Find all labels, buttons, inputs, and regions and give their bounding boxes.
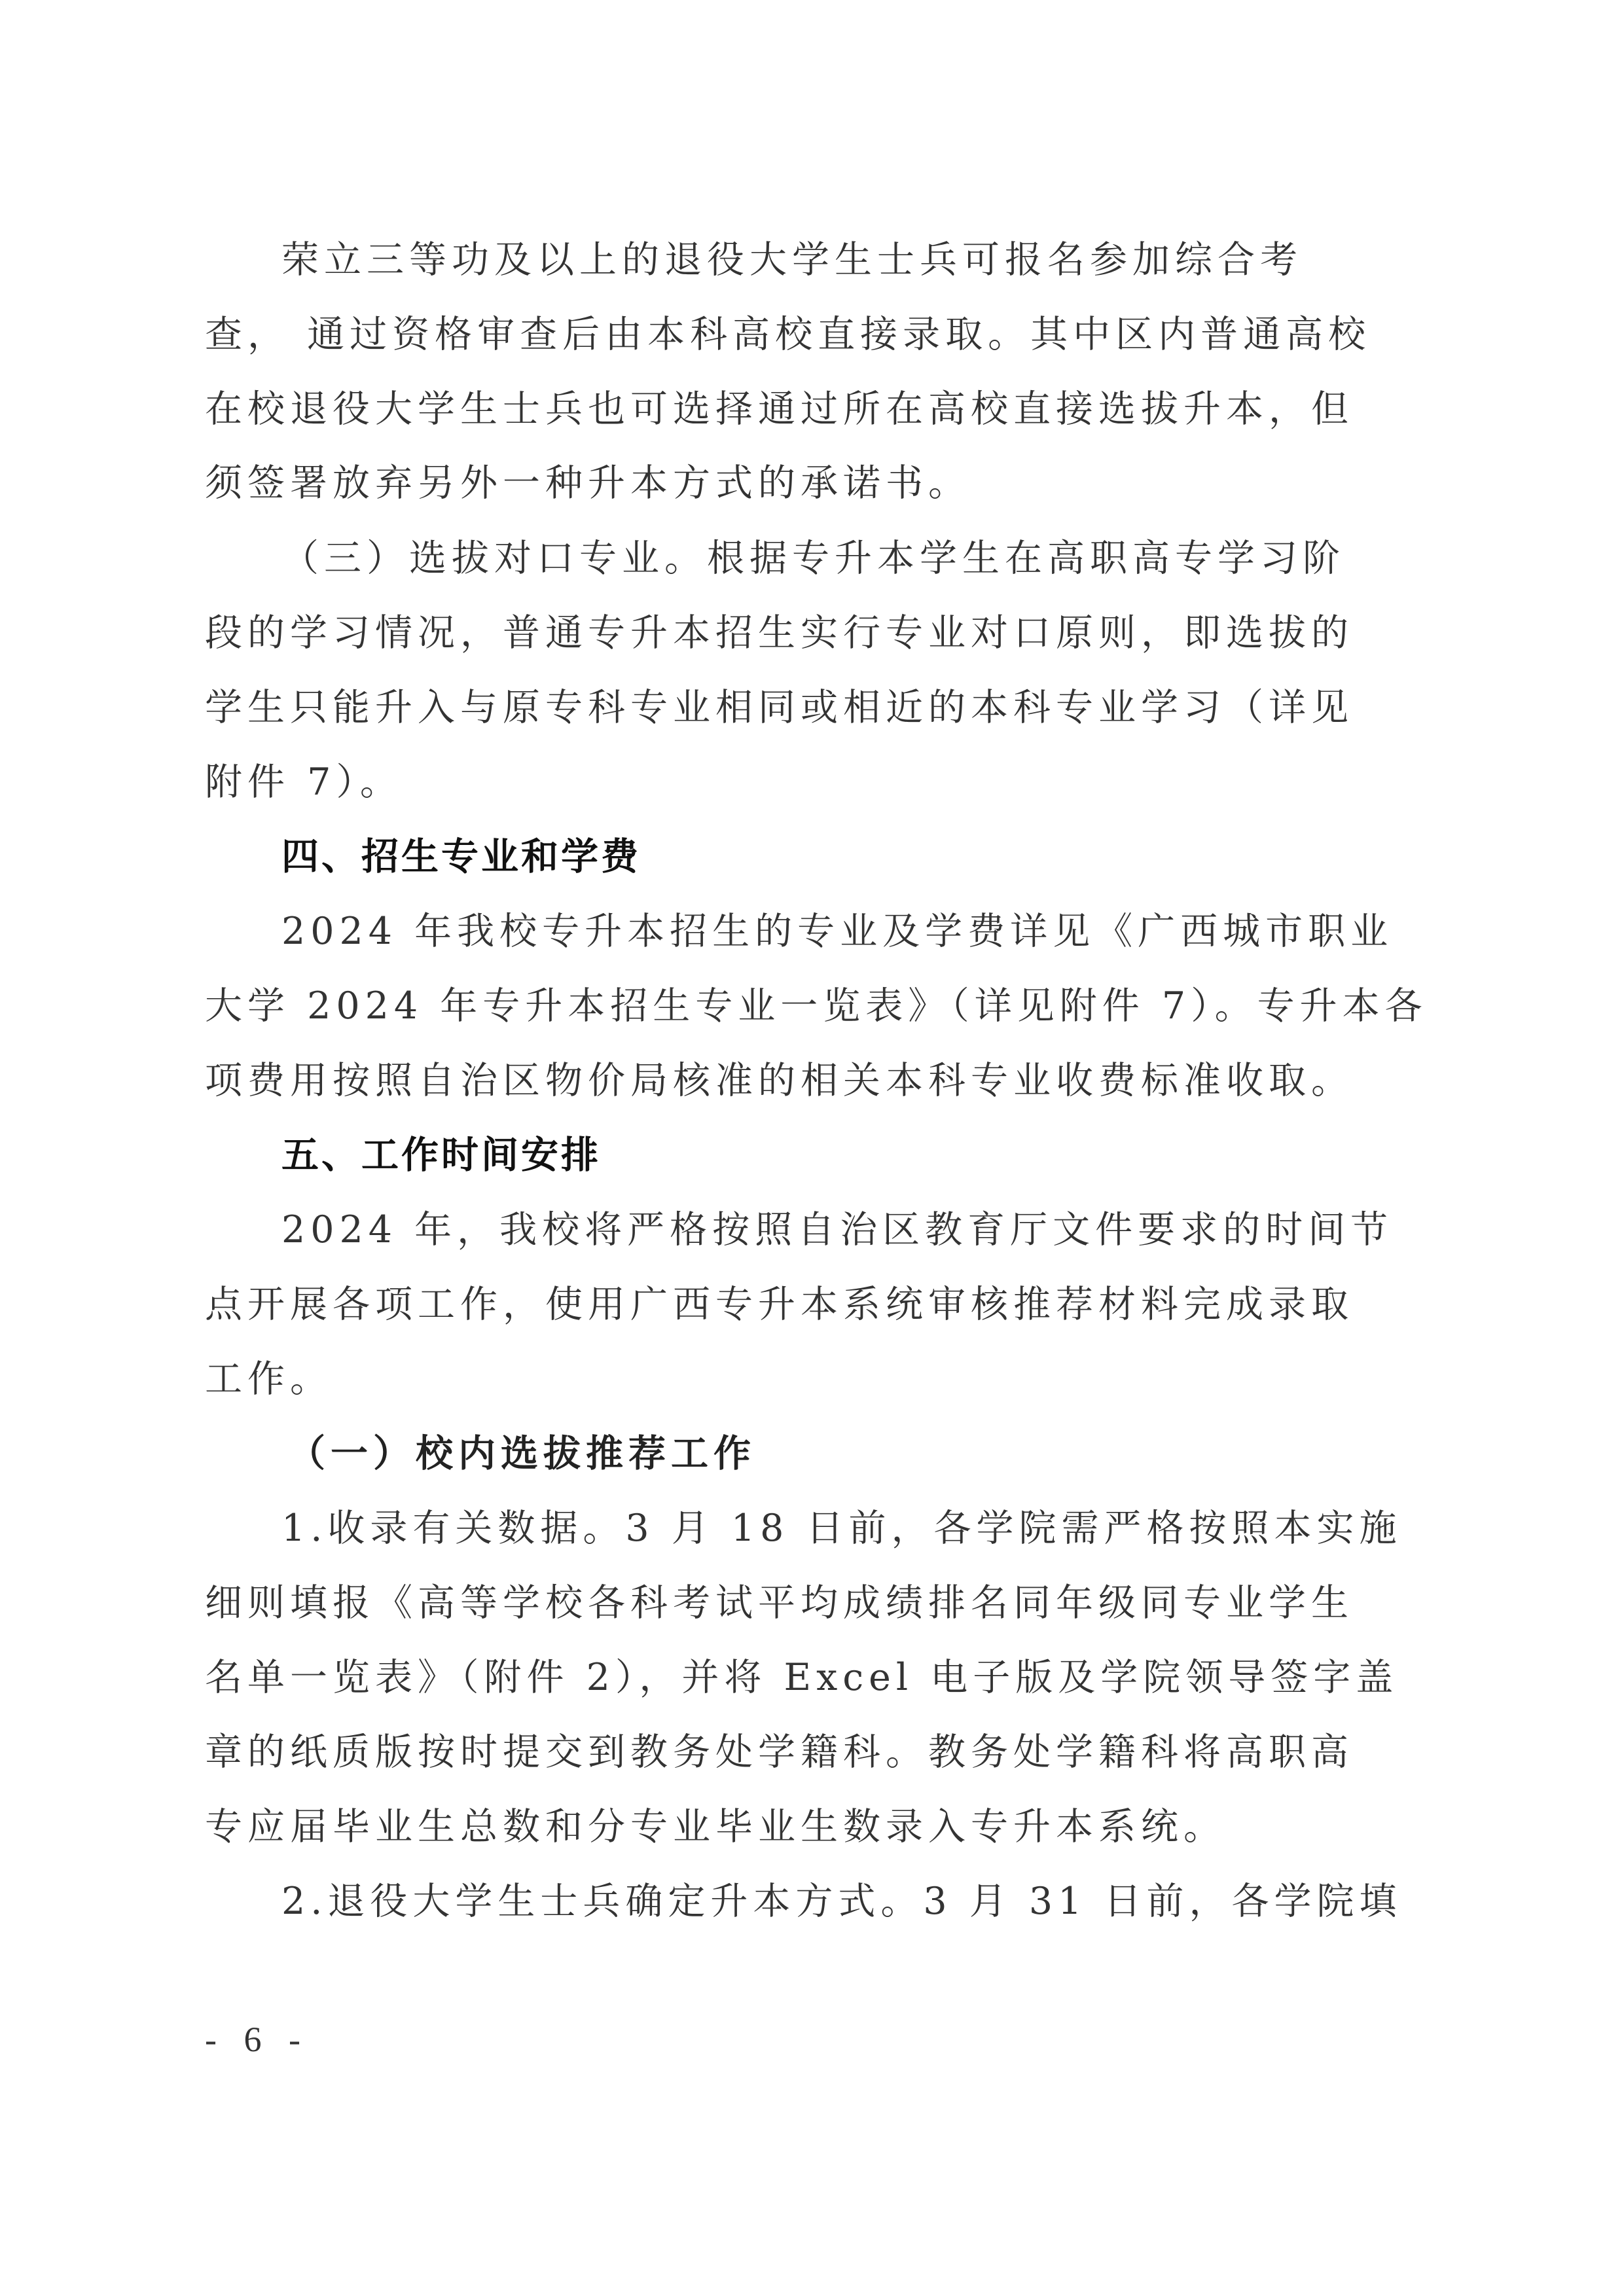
paragraph-line: 工作。 <box>205 1356 1396 1402</box>
section-heading-4: 四、招生专业和学费 <box>281 834 1396 880</box>
paragraph-line: 专应届毕业生总数和分专业毕业生数录入专升本系统。 <box>205 1804 1396 1850</box>
section-heading-5: 五、工作时间安排 <box>281 1132 1396 1178</box>
paragraph-line: 1.收录有关数据。3 月 18 日前，各学院需严格按照本实施 <box>281 1505 1396 1551</box>
paragraph-line: 2024 年，我校将严格按照自治区教育厅文件要求的时间节 <box>281 1207 1396 1253</box>
paragraph-line: 2.退役大学生士兵确定升本方式。3 月 31 日前，各学院填 <box>281 1878 1396 1924</box>
paragraph-line: 细则填报《高等学校各科考试平均成绩排名同年级同专业学生 <box>205 1580 1396 1626</box>
paragraph-line: （三）选拔对口专业。根据专升本学生在高职高专学习阶 <box>281 535 1396 581</box>
page-number: - 6 - <box>205 2019 310 2060</box>
paragraph-line: 项费用按照自治区物价局核准的相关本科专业收费标准收取。 <box>205 1058 1396 1103</box>
paragraph-line: 学生只能升入与原专科专业相同或相近的本科专业学习（详见 <box>205 685 1396 730</box>
paragraph-line: 附件 7）。 <box>205 759 1396 805</box>
paragraph-line: 段的学习情况，普通专升本招生实行专业对口原则，即选拔的 <box>205 610 1396 656</box>
subsection-heading: （一）校内选拔推荐工作 <box>288 1431 1479 1477</box>
paragraph-line: 在校退役大学生士兵也可选择通过所在高校直接选拔升本，但 <box>205 386 1396 432</box>
paragraph-line: 点开展各项工作，使用广西专升本系统审核推荐材料完成录取 <box>205 1282 1396 1327</box>
paragraph-line: 荣立三等功及以上的退役大学生士兵可报名参加综合考 <box>281 237 1396 283</box>
paragraph-line: 须签署放弃另外一种升本方式的承诺书。 <box>205 460 1396 506</box>
paragraph-line: 大学 2024 年专升本招生专业一览表》（详见附件 7）。专升本各 <box>205 983 1396 1029</box>
paragraph-line: 名单一览表》（附件 2），并将 Excel 电子版及学院领导签字盖 <box>205 1655 1396 1700</box>
paragraph-line: 2024 年我校专升本招生的专业及学费详见《广西城市职业 <box>281 908 1396 954</box>
paragraph-line: 章的纸质版按时提交到教务处学籍科。教务处学籍科将高职高 <box>205 1729 1396 1775</box>
paragraph-line: 查， 通过资格审查后由本科高校直接录取。其中区内普通高校 <box>205 312 1396 357</box>
